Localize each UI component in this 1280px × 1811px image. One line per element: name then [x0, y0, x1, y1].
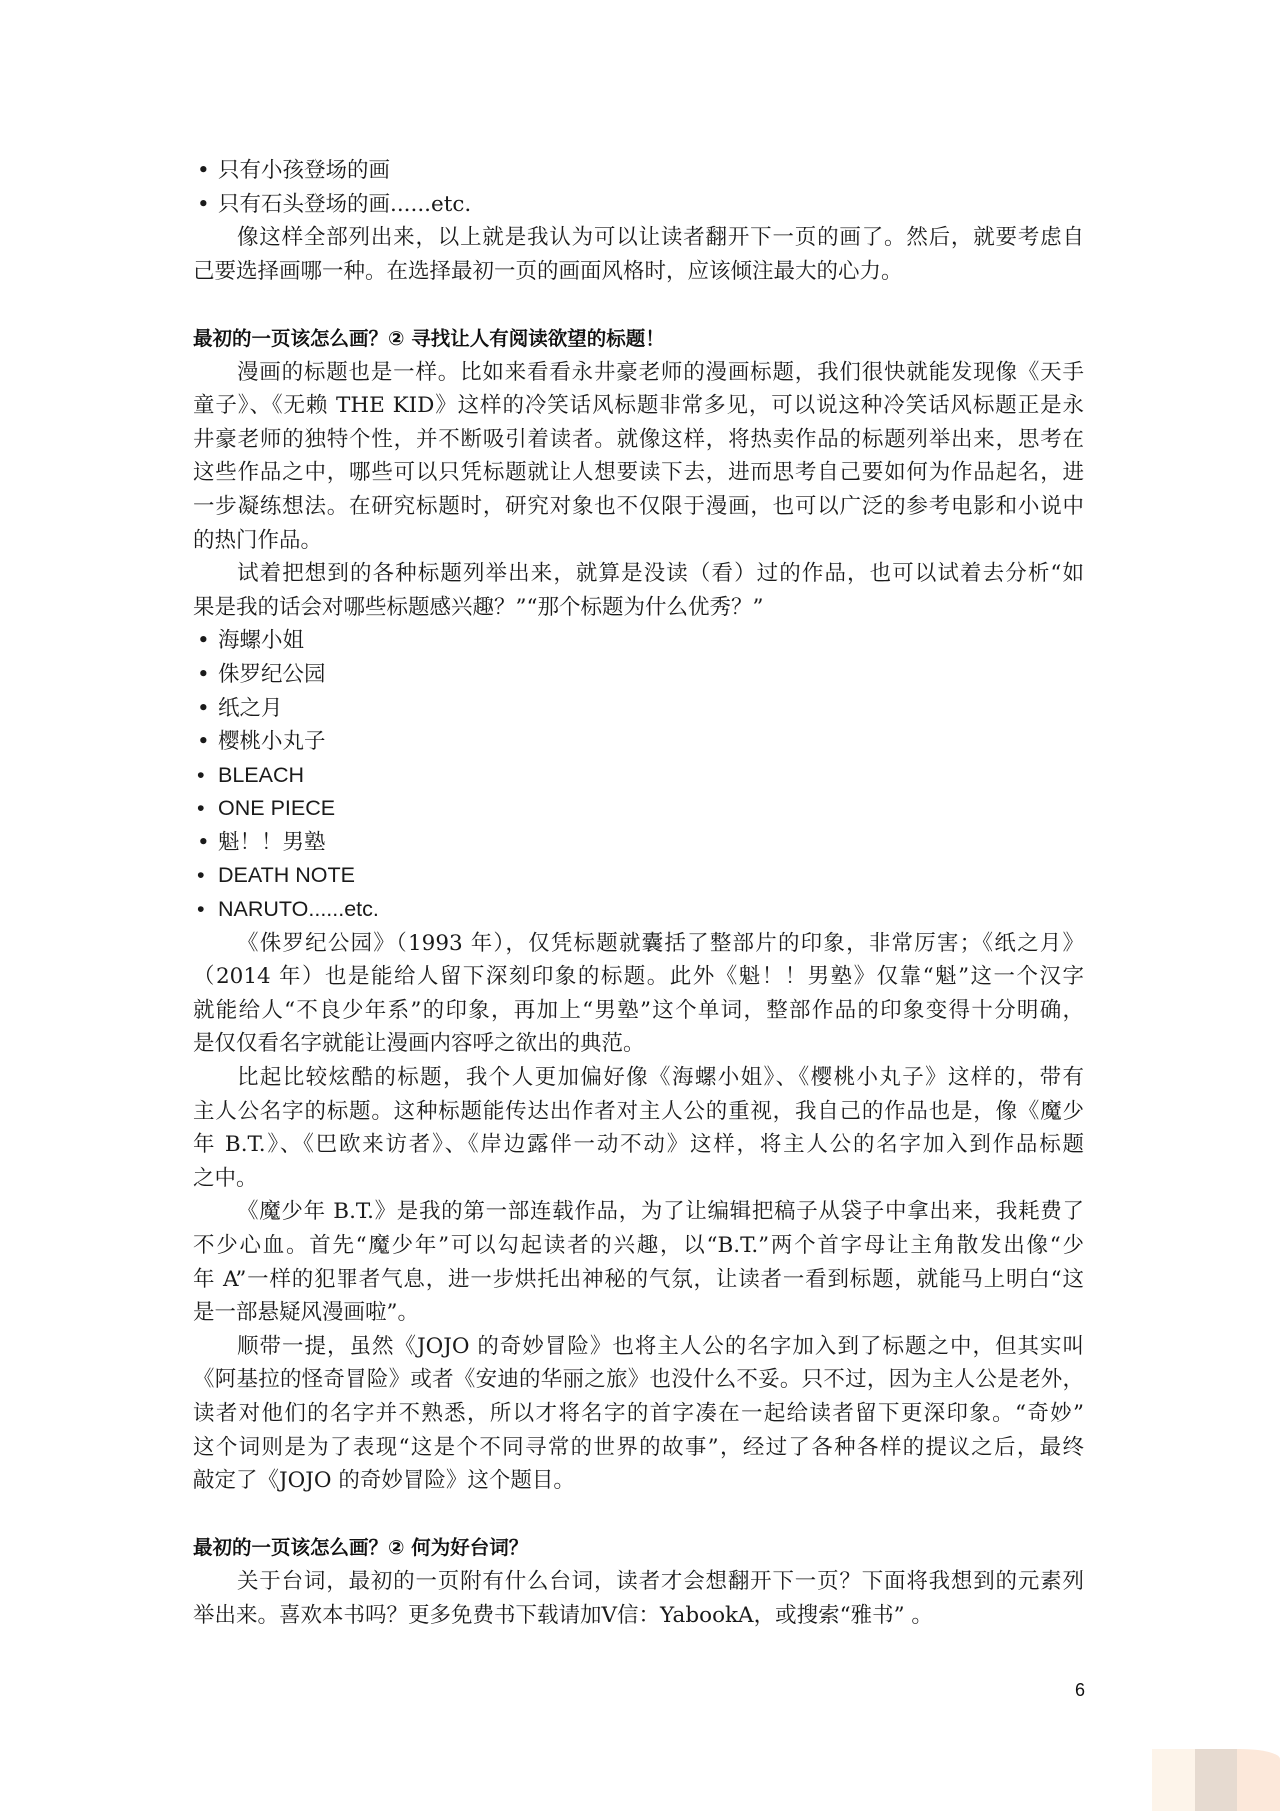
list-item: •魁！！男塾 [193, 826, 1084, 860]
bullet-icon: • [197, 658, 210, 692]
paragraph-line: 《侏罗纪公园》（1993 年），仅凭标题就囊括了整部片的印象，非常厉害；《纸之月… [193, 927, 1084, 961]
paragraph-line: 主人公名字的标题。这种标题能传达出作者对主人公的重视，我自己的作品也是，像《魔少 [193, 1095, 1084, 1129]
paragraph-line: 敲定了《JOJO 的奇妙冒险》这个题目。 [193, 1464, 1084, 1498]
paragraph-line: 关于台词，最初的一页附有什么台词，读者才会想翻开下一页？下面将我想到的元素列 [193, 1565, 1084, 1599]
bullet-icon: • [197, 792, 205, 826]
section-heading: 最初的一页该怎么画？② 何为好台词？ [193, 1531, 1084, 1565]
paragraph-line: 果是我的话会对哪些标题感兴趣？”“那个标题为什么优秀？” [193, 591, 1084, 625]
list-item: •侏罗纪公园 [193, 658, 1084, 692]
paragraph-line: 《阿基拉的怪奇冒险》或者《安迪的华丽之旅》也没什么不妥。只不过，因为主人公是老外… [193, 1363, 1084, 1397]
paragraph-line: 年 B.T.》、《巴欧来访者》、《岸边露伴一动不动》这样，将主人公的名字加入到作… [193, 1128, 1084, 1162]
paragraph-line: 比起比较炫酷的标题，我个人更加偏好像《海螺小姐》、《樱桃小丸子》这样的，带有 [193, 1061, 1084, 1095]
paragraph-line: 一步凝练想法。在研究标题时，研究对象也不仅限于漫画，也可以广泛的参考电影和小说中 [193, 490, 1084, 524]
paragraph-line: 读者对他们的名字并不熟悉，所以才将名字的首字凑在一起给读者留下更深印象。“奇妙” [193, 1397, 1084, 1431]
corner-decoration-block [1195, 1749, 1237, 1811]
paragraph-line: 像这样全部列出来，以上就是我认为可以让读者翻开下一页的画了。然后，就要考虑自 [193, 221, 1084, 255]
paragraph-line: 《魔少年 B.T.》是我的第一部连载作品，为了让编辑把稿子从袋子中拿出来，我耗费… [193, 1195, 1084, 1229]
bullet-icon: • [197, 725, 210, 759]
bullet-icon: • [197, 188, 210, 222]
bullet-icon: • [197, 692, 210, 726]
spacer [193, 1498, 1084, 1532]
paragraph-line: 是一部悬疑风漫画啦”。 [193, 1296, 1084, 1330]
list-item: •ONE PIECE [193, 792, 1084, 826]
paragraph-line: （2014 年）也是能给人留下深刻印象的标题。此外《魁！！男塾》仅靠“魁”这一个… [193, 960, 1084, 994]
paragraph-line: 漫画的标题也是一样。比如来看看永井豪老师的漫画标题，我们很快就能发现像《天手 [193, 356, 1084, 390]
bullet-icon: • [197, 893, 205, 927]
list-item: •DEATH NOTE [193, 859, 1084, 893]
page-number: 6 [1075, 1680, 1085, 1701]
section-heading: 最初的一页该怎么画？② 寻找让人有阅读欲望的标题！ [193, 322, 1084, 356]
bullet-icon: • [197, 624, 210, 658]
corner-decoration-block [1152, 1749, 1195, 1811]
list-item: •BLEACH [193, 759, 1084, 793]
paragraph-line: 不少心血。首先“魔少年”可以勾起读者的兴趣，以“B.T.”两个首字母让主角散发出… [193, 1229, 1084, 1263]
paragraph-line: 己要选择画哪一种。在选择最初一页的画面风格时，应该倾注最大的心力。 [193, 255, 1084, 289]
paragraph-line: 的热门作品。 [193, 524, 1084, 558]
bullet-icon: • [197, 759, 205, 793]
bullet-icon: • [197, 154, 210, 188]
list-item: •海螺小姐 [193, 624, 1084, 658]
list-item: •樱桃小丸子 [193, 725, 1084, 759]
paragraph-line: 年 A”一样的犯罪者气息，进一步烘托出神秘的气氛，让读者一看到标题，就能马上明白… [193, 1263, 1084, 1297]
list-item: •纸之月 [193, 692, 1084, 726]
bullet-icon: • [197, 826, 210, 860]
paragraph-line: 童子》、《无赖 THE KID》这样的冷笑话风标题非常多见，可以说这种冷笑话风标… [193, 389, 1084, 423]
paragraph-line: 顺带一提，虽然《JOJO 的奇妙冒险》也将主人公的名字加入到了标题之中，但其实叫 [193, 1330, 1084, 1364]
corner-decoration-block [1237, 1749, 1280, 1811]
paragraph-line: 举出来。喜欢本书吗？更多免费书下载请加V信：YabookA，或搜索“雅书” 。 [193, 1599, 1084, 1633]
paragraph-line: 就能给人“不良少年系”的印象，再加上“男塾”这个单词，整部作品的印象变得十分明确… [193, 994, 1084, 1028]
paragraph-line: 井豪老师的独特个性，并不断吸引着读者。就像这样，将热卖作品的标题列举出来，思考在 [193, 423, 1084, 457]
list-item: •只有小孩登场的画 [193, 154, 1084, 188]
list-item: •只有石头登场的画......etc. [193, 188, 1084, 222]
document-page: •只有小孩登场的画 •只有石头登场的画......etc. 像这样全部列出来，以… [193, 154, 1084, 1632]
bullet-icon: • [197, 859, 205, 893]
paragraph-line: 试着把想到的各种标题列举出来，就算是没读（看）过的作品，也可以试着去分析“如 [193, 557, 1084, 591]
paragraph-line: 是仅仅看名字就能让漫画内容呼之欲出的典范。 [193, 1027, 1084, 1061]
paragraph-line: 之中。 [193, 1162, 1084, 1196]
paragraph-line: 这个词则是为了表现“这是个不同寻常的世界的故事”，经过了各种各样的提议之后，最终 [193, 1431, 1084, 1465]
paragraph-line: 这些作品之中，哪些可以只凭标题就让人想要读下去，进而思考自己要如何为作品起名，进 [193, 456, 1084, 490]
spacer [193, 288, 1084, 322]
list-item: •NARUTO......etc. [193, 893, 1084, 927]
